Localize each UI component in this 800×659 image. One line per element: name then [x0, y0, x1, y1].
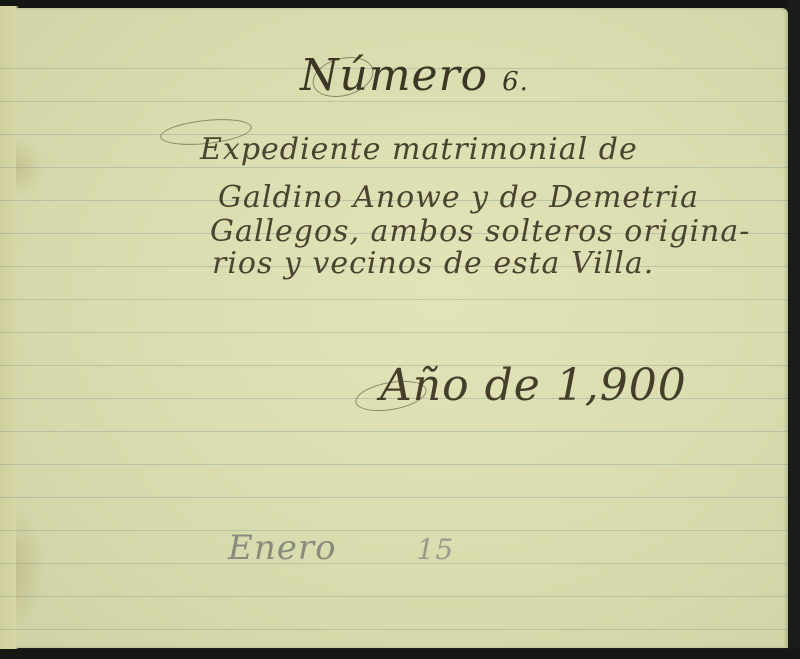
- ruled-line: [0, 398, 16, 399]
- ruled-line: [16, 464, 788, 465]
- ruled-line: [0, 266, 16, 267]
- ruled-line: [16, 167, 788, 168]
- ruled-line: [0, 101, 16, 102]
- ruled-line: [0, 431, 16, 432]
- ruled-line: [16, 629, 788, 630]
- ruled-line: [16, 299, 788, 300]
- pencil-month: Enero: [228, 528, 337, 568]
- year-line: Año de 1,900: [380, 360, 687, 411]
- water-stain: [16, 138, 44, 198]
- body-line-3: Gallegos, ambos solteros origina-: [210, 214, 750, 249]
- ruled-line: [0, 497, 16, 498]
- ruled-line: [0, 563, 16, 564]
- ruled-line: [0, 332, 16, 333]
- record-heading: Número6.: [300, 50, 529, 101]
- ruled-line: [16, 431, 788, 432]
- pencil-day: 15: [417, 533, 455, 566]
- photo-background-right: [788, 0, 800, 659]
- ruled-line: [16, 332, 788, 333]
- ruled-line: [0, 530, 16, 531]
- ruled-line: [0, 134, 16, 135]
- ruled-line: [0, 200, 16, 201]
- body-line-4: rios y vecinos de esta Villa.: [212, 246, 654, 281]
- water-stain: [16, 508, 44, 628]
- ruled-line: [16, 497, 788, 498]
- ruled-line: [0, 365, 16, 366]
- pencil-date-note: Enero15: [228, 528, 454, 568]
- ruled-line: [16, 101, 788, 102]
- ruled-line: [16, 596, 788, 597]
- ruled-line: [0, 233, 16, 234]
- ruled-line: [0, 464, 16, 465]
- photo-background-bottom: [0, 649, 800, 659]
- body-line-2: Galdino Anowe y de Demetria: [218, 180, 699, 215]
- heading-number: 6.: [502, 67, 529, 97]
- body-line-1: Expediente matrimonial de: [200, 132, 638, 167]
- ruled-line: [0, 629, 16, 630]
- photo-background-top: [0, 0, 800, 8]
- ruled-line: [0, 299, 16, 300]
- heading-label: Número: [300, 50, 488, 101]
- ruled-line: [0, 596, 16, 597]
- ruled-line: [0, 68, 16, 69]
- ruled-line: [0, 167, 16, 168]
